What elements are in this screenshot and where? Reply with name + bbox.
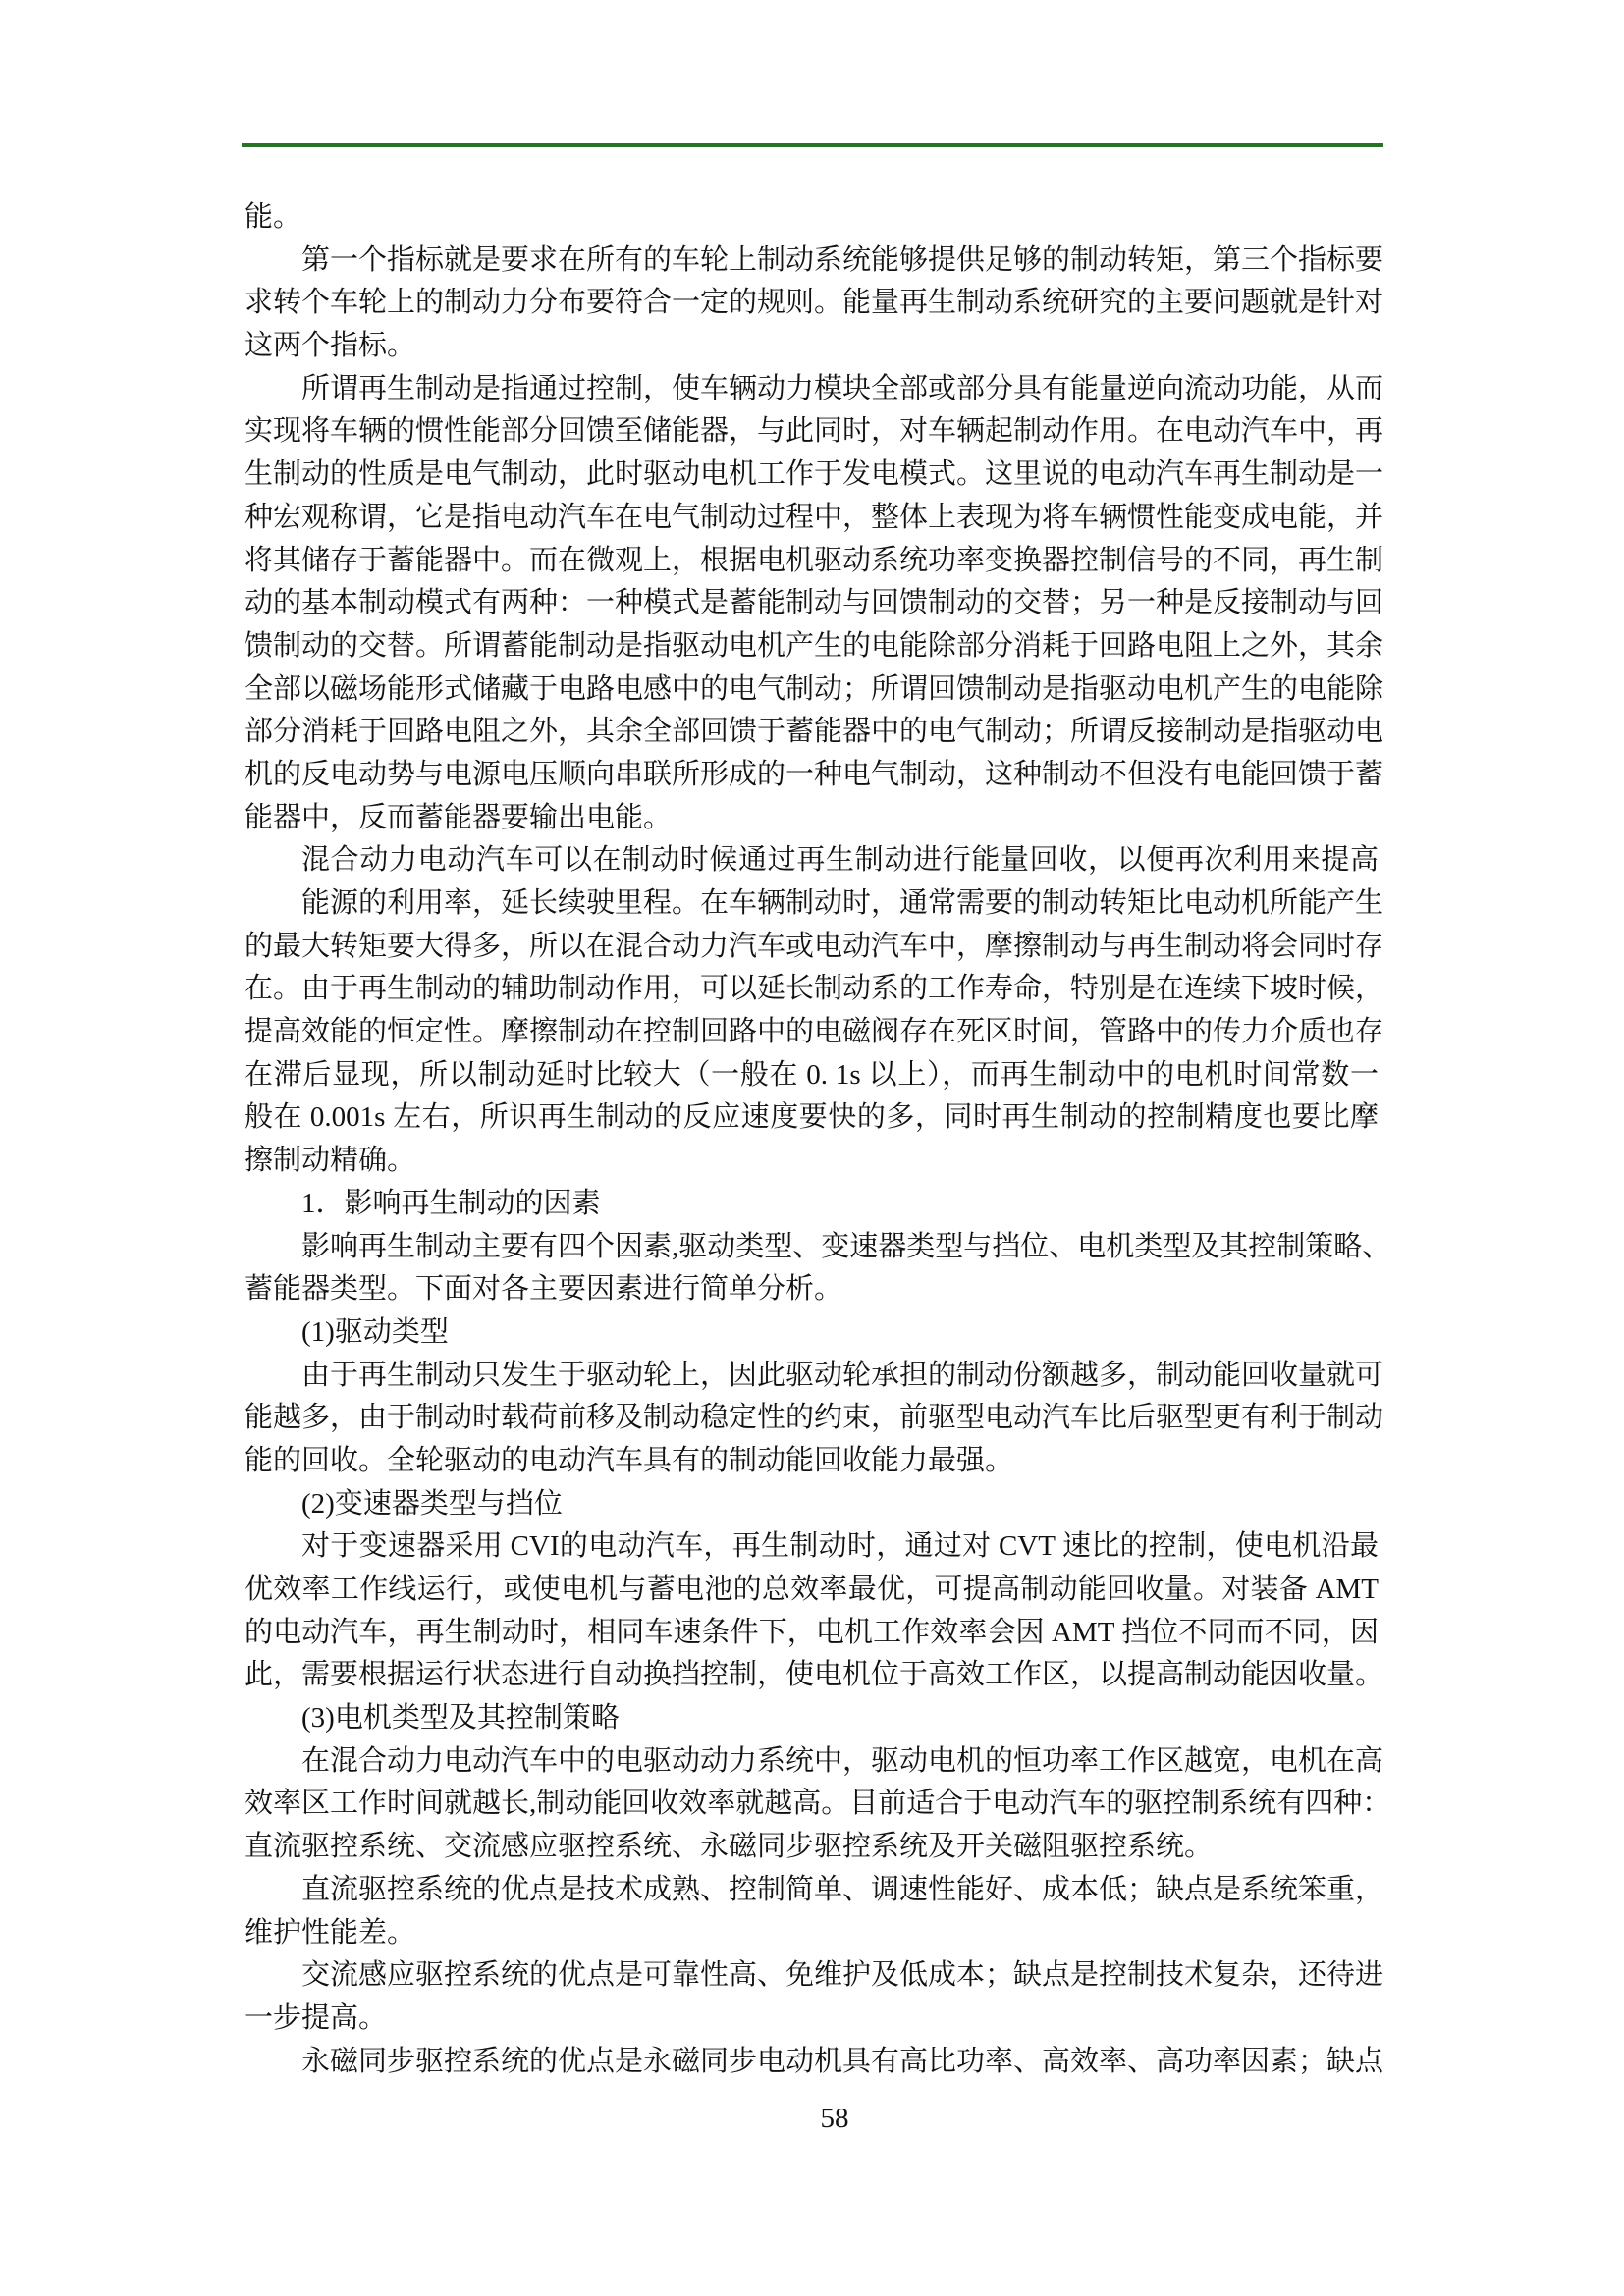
text-line: 维护性能差。 bbox=[244, 1912, 1379, 1955]
text-line: 馈制动的交替。所谓蓄能制动是指驱动电机产生的电能除部分消耗于回路电阻上之外，其余 bbox=[244, 625, 1379, 668]
text-line: 动的基本制动模式有两种：一种模式是蓄能制动与回馈制动的交替；另一种是反接制动与回 bbox=[244, 582, 1379, 625]
text-line: 此，需要根据运行状态进行自动换挡控制，使电机位于高效工作区，以提高制动能因收量。 bbox=[244, 1654, 1379, 1697]
text-line: 能。 bbox=[244, 196, 1379, 240]
text-line: 能的回收。全轮驱动的电动汽车具有的制动能回收能力最强。 bbox=[244, 1440, 1379, 1483]
document-page: 能。第一个指标就是要求在所有的车轮上制动系统能够提供足够的制动转矩，第三个指标要… bbox=[0, 0, 1624, 2296]
text-line: 所谓再生制动是指通过控制，使车辆动力模块全部或部分具有能量逆向流动功能，从而 bbox=[244, 368, 1379, 411]
text-line: 这两个指标。 bbox=[244, 325, 1379, 368]
text-line: 一步提高。 bbox=[244, 1998, 1379, 2041]
text-line: 直流驱控系统、交流感应驱控系统、永磁同步驱控系统及开关磁阻驱控系统。 bbox=[244, 1826, 1379, 1869]
text-line: 由于再生制动只发生于驱动轮上，因此驱动轮承担的制动份额越多，制动能回收量就可 bbox=[244, 1355, 1379, 1398]
text-line: 将其储存于蓄能器中。而在微观上，根据电机驱动系统功率变换器控制信号的不同，再生制 bbox=[244, 540, 1379, 583]
text-line: 优效率工作线运行，或使电机与蓄电池的总效率最优，可提高制动能回收量。对装备 AM… bbox=[244, 1569, 1379, 1612]
text-line: 蓄能器类型。下面对各主要因素进行简单分析。 bbox=[244, 1268, 1379, 1311]
text-line: 混合动力电动汽车可以在制动时候通过再生制动进行能量回收，以便再次利用来提高 bbox=[244, 839, 1379, 882]
text-line: 在。由于再生制动的辅助制动作用，可以延长制动系的工作寿命，特别是在连续下坡时候， bbox=[244, 968, 1379, 1011]
text-line: 求转个车轮上的制动力分布要符合一定的规则。能量再生制动系统研究的主要问题就是针对 bbox=[244, 282, 1379, 325]
text-line: 直流驱控系统的优点是技术成熟、控制简单、调速性能好、成本低；缺点是系统笨重， bbox=[244, 1869, 1379, 1912]
text-line: 能器中，反而蓄能器要输出电能。 bbox=[244, 797, 1379, 840]
text-line: (2)变速器类型与挡位 bbox=[244, 1483, 1379, 1526]
text-line: 对于变速器采用 CVI的电动汽车，再生制动时，通过对 CVT 速比的控制，使电机… bbox=[244, 1525, 1379, 1569]
document-body: 能。第一个指标就是要求在所有的车轮上制动系统能够提供足够的制动转矩，第三个指标要… bbox=[244, 196, 1379, 2083]
text-line: 般在 0.001s 左右，所识再生制动的反应速度要快的多，同时再生制动的控制精度… bbox=[244, 1096, 1379, 1140]
text-line: 的电动汽车，再生制动时，相同车速条件下，电机工作效率会因 AMT 挡位不同而不同… bbox=[244, 1612, 1379, 1655]
text-line: 种宏观称谓，它是指电动汽车在电气制动过程中，整体上表现为将车辆惯性能变成电能，并 bbox=[244, 497, 1379, 540]
text-line: 1．影响再生制动的因素 bbox=[244, 1183, 1379, 1226]
text-line: 在滞后显现，所以制动延时比较大（一般在 0. 1s 以上），而再生制动中的电机时… bbox=[244, 1054, 1379, 1097]
text-line: 擦制动精确。 bbox=[244, 1140, 1379, 1183]
text-line: 交流感应驱控系统的优点是可靠性高、免维护及低成本；缺点是控制技术复杂，还待进 bbox=[244, 1954, 1379, 1998]
page-number: 58 bbox=[0, 2103, 1624, 2135]
text-line: 在混合动力电动汽车中的电驱动动力系统中，驱动电机的恒功率工作区越宽，电机在高 bbox=[244, 1740, 1379, 1784]
text-line: 生制动的性质是电气制动，此时驱动电机工作于发电模式。这里说的电动汽车再生制动是一 bbox=[244, 454, 1379, 497]
text-line: 影响再生制动主要有四个因素,驱动类型、变速器类型与挡位、电机类型及其控制策略、 bbox=[244, 1226, 1379, 1269]
text-line: 全部以磁场能形式储藏于电路电感中的电气制动；所谓回馈制动是指驱动电机产生的电能除 bbox=[244, 668, 1379, 712]
text-line: (3)电机类型及其控制策略 bbox=[244, 1697, 1379, 1740]
text-line: 永磁同步驱控系统的优点是永磁同步电动机具有高比功率、高效率、高功率因素；缺点 bbox=[244, 2041, 1379, 2084]
text-line: 实现将车辆的惯性能部分回馈至储能器，与此同时，对车辆起制动作用。在电动汽车中，再 bbox=[244, 410, 1379, 454]
text-line: 机的反电动势与电源电压顺向串联所形成的一种电气制动，这种制动不但没有电能回馈于蓄 bbox=[244, 754, 1379, 797]
text-line: 提高效能的恒定性。摩擦制动在控制回路中的电磁阀存在死区时间，管路中的传力介质也存 bbox=[244, 1011, 1379, 1054]
text-line: 部分消耗于回路电阻之外，其余全部回馈于蓄能器中的电气制动；所谓反接制动是指驱动电 bbox=[244, 711, 1379, 754]
text-line: 第一个指标就是要求在所有的车轮上制动系统能够提供足够的制动转矩，第三个指标要 bbox=[244, 240, 1379, 283]
text-line: 的最大转矩要大得多，所以在混合动力汽车或电动汽车中，摩擦制动与再生制动将会同时存 bbox=[244, 926, 1379, 969]
text-line: 能越多，由于制动时载荷前移及制动稳定性的约束，前驱型电动汽车比后驱型更有利于制动 bbox=[244, 1397, 1379, 1440]
text-line: 能源的利用率，延长续驶里程。在车辆制动时，通常需要的制动转矩比电动机所能产生 bbox=[244, 882, 1379, 926]
text-line: 效率区工作时间就越长,制动能回收效率就越高。目前适合于电动汽车的驱控制系统有四种… bbox=[244, 1783, 1379, 1826]
header-rule bbox=[242, 143, 1383, 147]
text-line: (1)驱动类型 bbox=[244, 1311, 1379, 1355]
